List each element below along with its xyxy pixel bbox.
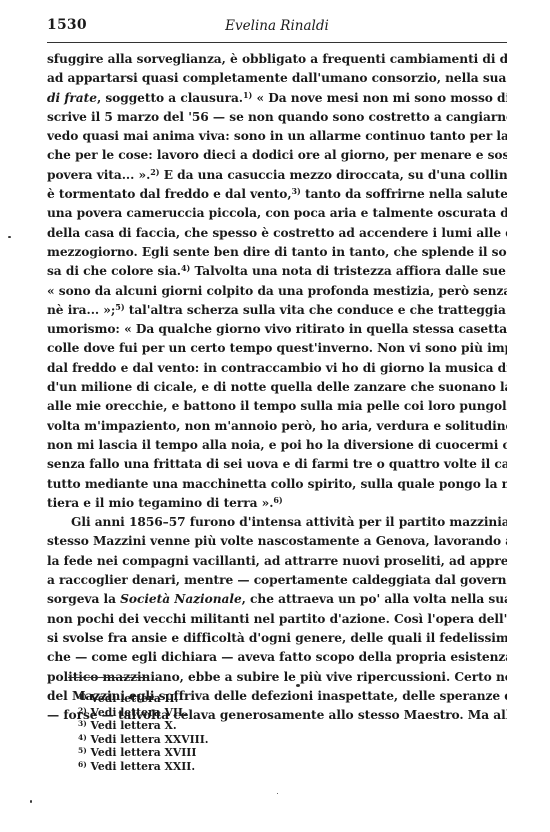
text-line: che per le cose: lavoro dieci a dodici o… (47, 146, 507, 165)
footnote-marker: 2) (78, 706, 87, 715)
footnote-marker: 4) (78, 733, 87, 742)
text-line: vedo quasi mai anima viva: sono in un al… (47, 127, 507, 146)
text-line: di frate, soggetto a clausura.1) « Da no… (47, 89, 507, 108)
scan-speck (277, 793, 278, 794)
text-line: nè ira... »;5) tal'altra scherza sulla v… (47, 301, 507, 320)
text-line: stesso Mazzini venne più volte nascostam… (47, 532, 507, 551)
footnote-marker: 3) (78, 719, 87, 728)
text-line: mezzogiorno. Egli sente ben dire di tant… (47, 243, 507, 262)
footnote: 1) Vedi lettera II. (78, 692, 209, 706)
italic-phrase: di frate (47, 91, 97, 105)
text-line: dal freddo e dal vento: in contraccambio… (47, 359, 507, 378)
footnote: 3) Vedi lettera X. (78, 719, 209, 733)
scan-speck (30, 800, 32, 803)
text-line: una povera cameruccia piccola, con poca … (47, 204, 507, 223)
footnote-ref: 6) (273, 495, 282, 505)
header-rule (47, 42, 507, 43)
text-line: Gli anni 1856–57 furono d'intensa attivi… (47, 513, 507, 532)
running-head: Evelina Rinaldi (47, 18, 507, 34)
footnote-marker: 6) (78, 760, 87, 769)
text-line: che — come egli dichiara — aveva fatto s… (47, 648, 507, 667)
text-line: umorismo: « Da qualche giorno vivo ritir… (47, 320, 507, 339)
text-line: povera vita... ».2) E da una casuccia me… (47, 166, 507, 185)
footnote-marker: 1) (78, 692, 87, 701)
footnote-rule (68, 677, 147, 678)
text-line: tutto mediante una macchinetta collo spi… (47, 475, 507, 494)
text-line: la fede nei compagni vacillanti, ad attr… (47, 552, 507, 571)
text-line: sorgeva la Società Nazionale, che attrae… (47, 590, 507, 609)
footnote: 2) Vedi lettera VII. (78, 706, 209, 720)
text-line: alle mie orecchie, e battono il tempo su… (47, 397, 507, 416)
text-line: « sono da alcuni giorni colpito da una p… (47, 282, 507, 301)
text-line: volta m'impaziento, non m'annoio però, h… (47, 417, 507, 436)
italic-phrase: Società Nazionale (120, 592, 242, 606)
scan-speck (8, 236, 11, 238)
footnotes: 1) Vedi lettera II.2) Vedi lettera VII.3… (78, 692, 209, 774)
text-line: d'un milione di cicale, e di notte quell… (47, 378, 507, 397)
text-line: sfuggire alla sorveglianza, è obbligato … (47, 50, 507, 69)
footnote-ref: 5) (115, 302, 124, 312)
footnote-ref: 2) (150, 167, 159, 177)
footnote: 5) Vedi lettera XVIII (78, 746, 209, 760)
text-line: non pochi dei vecchi militanti nel parti… (47, 610, 507, 629)
body-text: sfuggire alla sorveglianza, è obbligato … (47, 50, 507, 725)
text-line: scrive il 5 marzo del '56 — se non quand… (47, 108, 507, 127)
footnote: 6) Vedi lettera XXII. (78, 760, 209, 774)
text-line: non mi lascia il tempo alla noia, e poi … (47, 436, 507, 455)
text-line: a raccoglier denari, mentre — copertamen… (47, 571, 507, 590)
footnote-ref: 4) (181, 263, 190, 273)
text-line: colle dove fui per un certo tempo quest'… (47, 339, 507, 358)
text-line: senza fallo una frittata di sei uova e d… (47, 455, 507, 474)
text-line: sa di che colore sia.4) Talvolta una not… (47, 262, 507, 281)
footnote-ref: 1) (243, 90, 252, 100)
scan-speck (296, 684, 300, 687)
page-header: 1530 Evelina Rinaldi (47, 17, 507, 41)
footnote: 4) Vedi lettera XXVIII. (78, 733, 209, 747)
text-line: si svolse fra ansie e difficoltà d'ogni … (47, 629, 507, 648)
text-line: ad appartarsi quasi completamente dall'u… (47, 69, 507, 88)
text-line: tiera e il mio tegamino di terra ».6) (47, 494, 507, 513)
text-line: è tormentato dal freddo e dal vento,3) t… (47, 185, 507, 204)
footnote-ref: 3) (292, 186, 301, 196)
footnote-marker: 5) (78, 746, 87, 755)
text-line: della casa di faccia, che spesso è costr… (47, 224, 507, 243)
